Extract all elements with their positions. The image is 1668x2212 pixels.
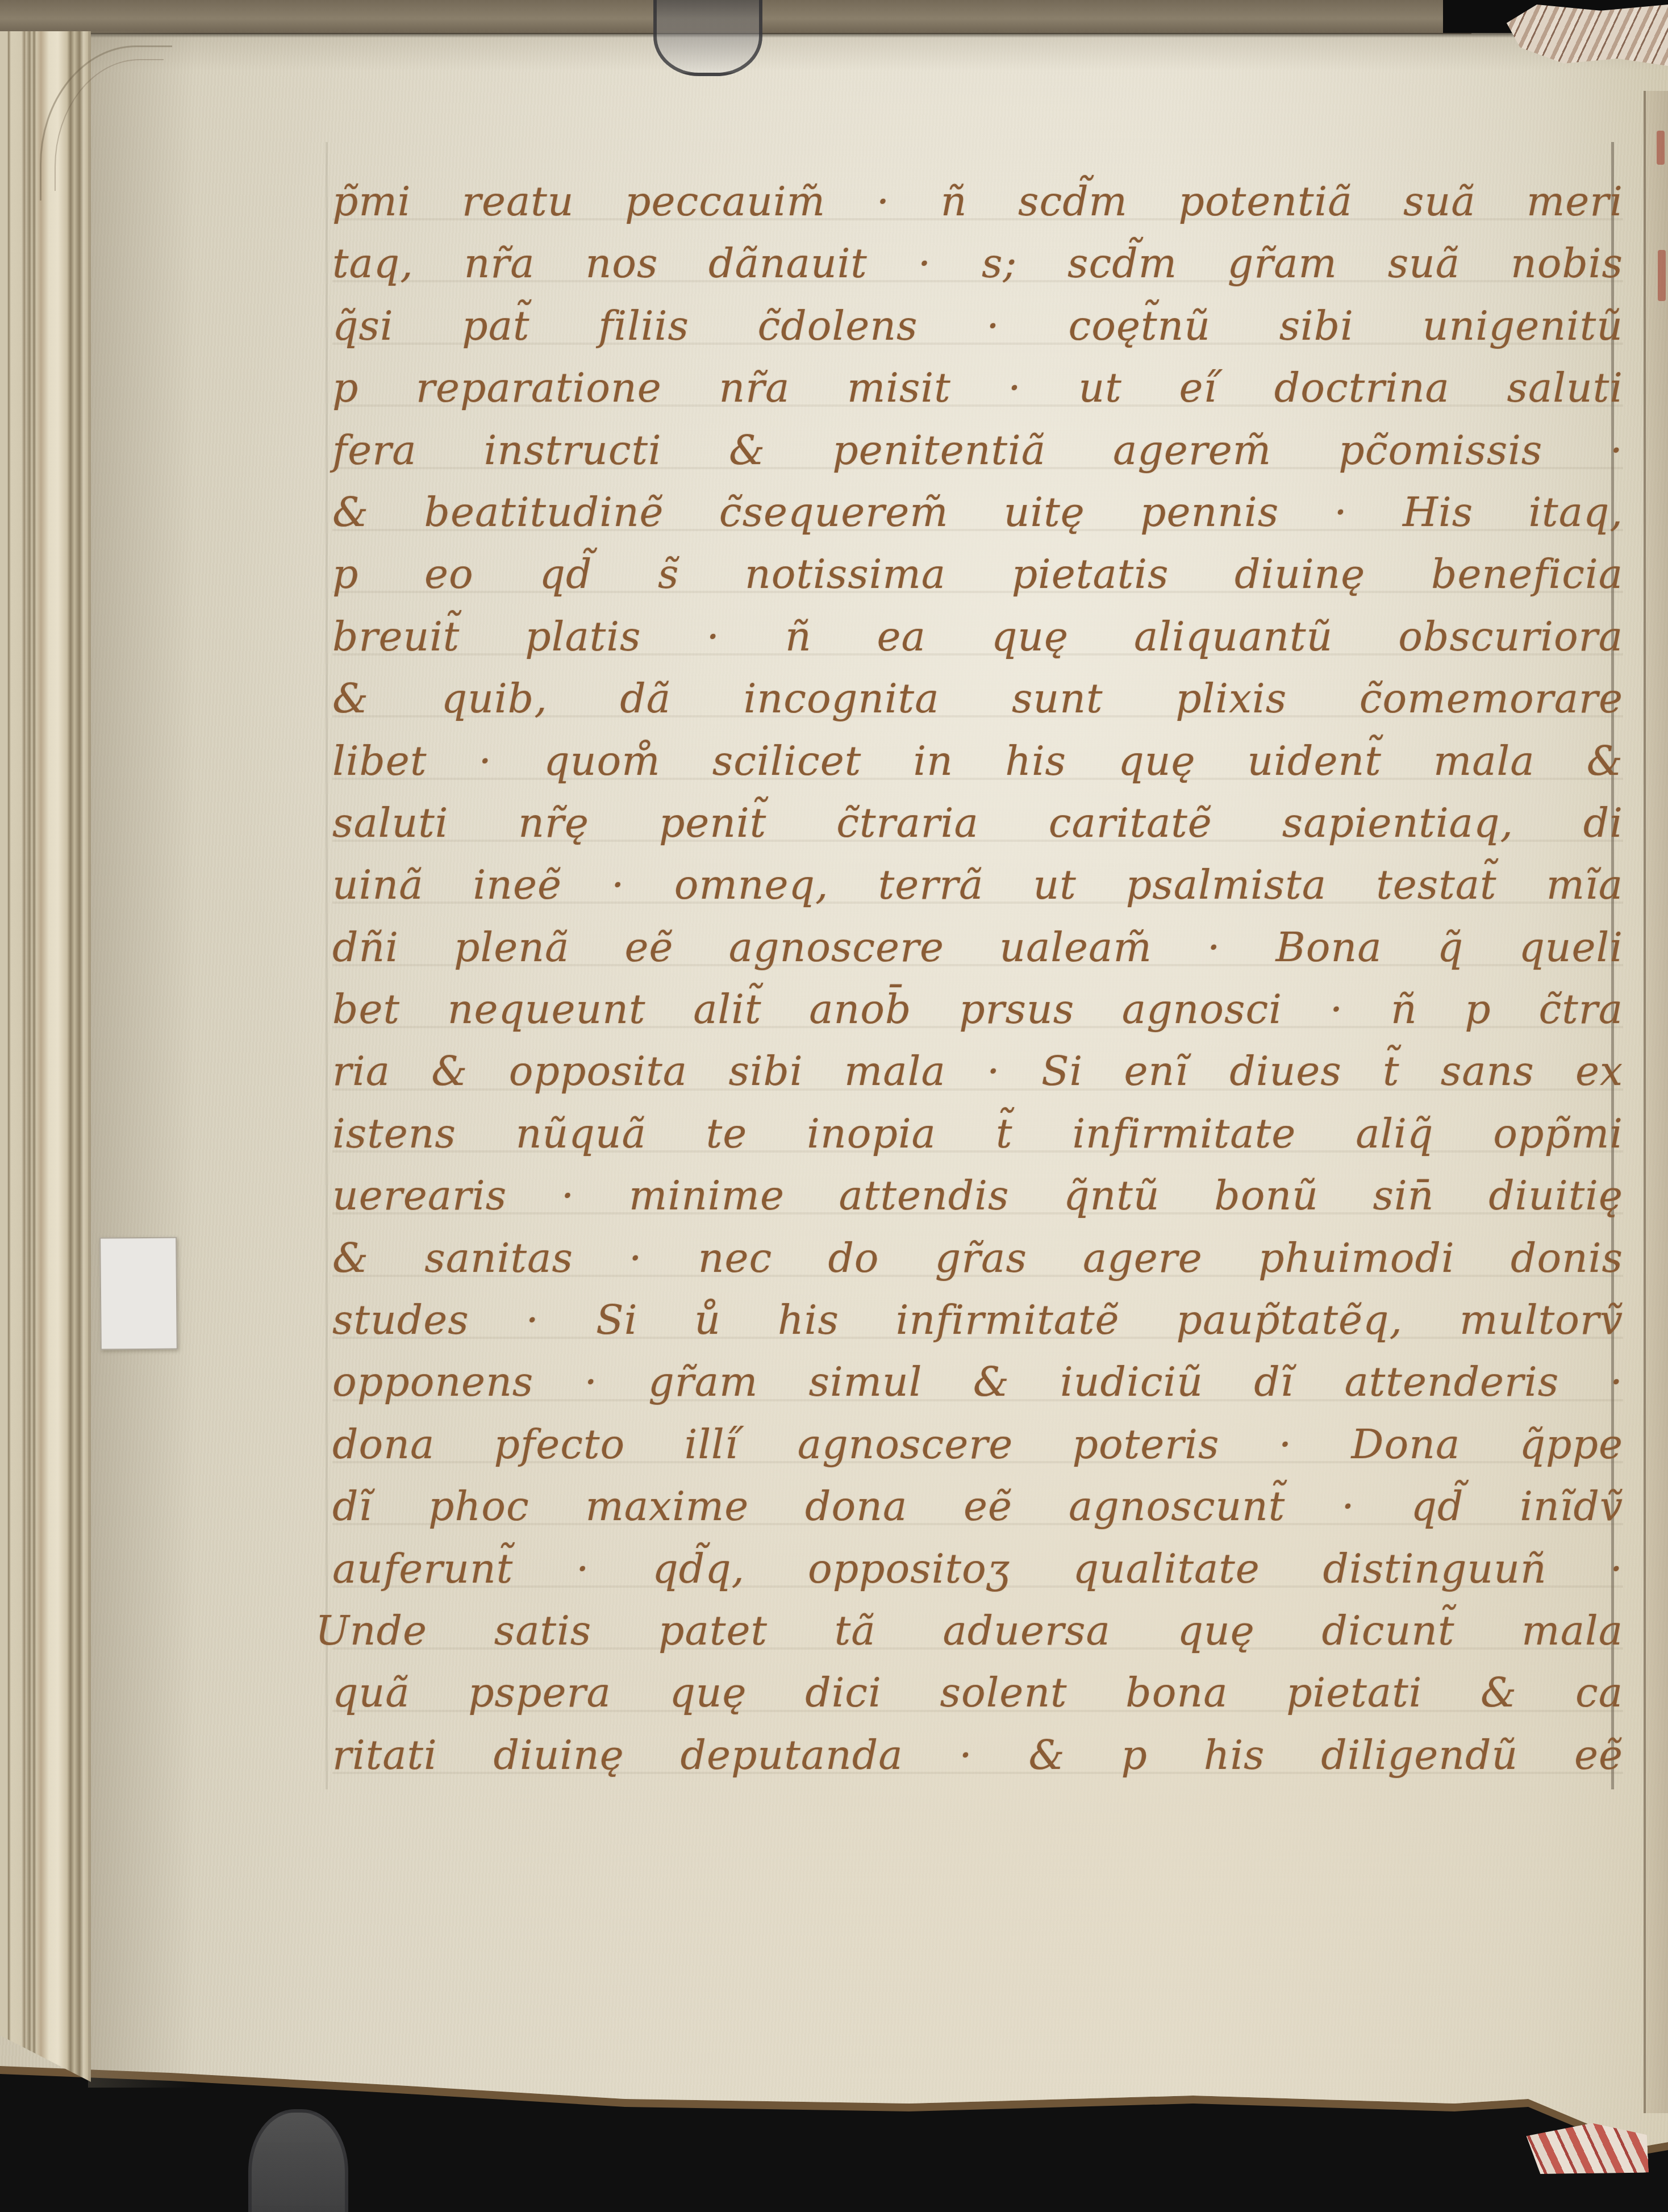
text-line: & beatitudinẽ c̃sequerem̃ uitę pennis · … bbox=[332, 481, 1623, 543]
ruling-line-left bbox=[326, 142, 328, 1789]
text-line: dĩ phoc maxime dona eẽ agnoscunt̃ · qd̃ … bbox=[332, 1475, 1623, 1537]
text-line: p eo qd̃ s̃ notissima pietatis diuinę be… bbox=[332, 543, 1623, 605]
text-line: & sanitas · nec do gr̃as agere phuimodi … bbox=[332, 1227, 1623, 1289]
transparent-page-clip-bottom bbox=[248, 2109, 348, 2212]
page-top-edge-line bbox=[0, 33, 1668, 37]
text-line: bet nequeunt alit̃ anob̄ prsus agnosci ·… bbox=[332, 978, 1623, 1040]
text-line: p reparatione nr̃a misit · ut ei̋ doctri… bbox=[332, 357, 1623, 419]
text-line: opponens · gr̃am simul & iudiciũ dĩ atte… bbox=[332, 1351, 1623, 1413]
text-line: ria & opposita sibi mala · Si enĩ diues … bbox=[332, 1040, 1623, 1102]
stacked-page-edges bbox=[0, 31, 91, 2099]
text-line: ritati diuinę deputanda · & p his dilige… bbox=[332, 1724, 1623, 1786]
red-edge-mark bbox=[1658, 250, 1666, 301]
transparent-page-clip-top bbox=[653, 0, 762, 76]
manuscript-photo: { "manuscript": { "description": "mediev… bbox=[0, 0, 1668, 2212]
white-bookmark-tab bbox=[99, 1237, 178, 1350]
text-line: uinã ineẽ · omneq, terrã ut psalmista te… bbox=[332, 854, 1623, 916]
text-line: & quib, dã incognita sunt plixis c̃omemo… bbox=[332, 667, 1623, 729]
text-line: Unde satis patet tã aduersa quę dicunt̃ … bbox=[315, 1600, 1623, 1662]
text-line: dona pfecto illi̋ agnoscere poteris · Do… bbox=[332, 1413, 1623, 1475]
text-line: quã pspera quę dici solent bona pietati … bbox=[332, 1662, 1623, 1723]
text-line: dñi plenã eẽ agnoscere ualeam̃ · Bona q̃… bbox=[332, 916, 1623, 978]
text-block: p̃mi reatu peccauim̃ · ñ scd̃m potentiã … bbox=[332, 170, 1623, 1786]
text-line: studes · Si ů his infirmitatẽ paup̃tatẽq… bbox=[332, 1289, 1623, 1351]
text-line: saluti nr̃ę penit̃ c̃traria caritatẽ sap… bbox=[332, 792, 1623, 854]
text-line: breuit̃ platis · ñ ea quę aliquantũ obsc… bbox=[332, 606, 1623, 667]
text-line: auferunt̃ · qd̃q, oppositoʒ qualitate di… bbox=[332, 1538, 1623, 1600]
text-line: q̃si pat̃ filiis c̃dolens · coęt̃nũ sibi… bbox=[332, 295, 1623, 357]
text-line: p̃mi reatu peccauim̃ · ñ scd̃m potentiã … bbox=[332, 170, 1623, 232]
text-line: uerearis · minime attendis q̃ntũ bonũ si… bbox=[332, 1165, 1623, 1226]
text-line: fera instructi & penitentiã agerem̃ pc̃o… bbox=[332, 419, 1623, 481]
text-line: istens nũquã te inopia t̃ infirmitate al… bbox=[332, 1103, 1623, 1165]
gutter-shadow bbox=[88, 31, 207, 2088]
text-line: libet · quom̊ scilicet in his quę uident… bbox=[332, 730, 1623, 792]
red-edge-mark bbox=[1657, 131, 1665, 165]
text-line: taq, nr̃a nos dãnauit · s; scd̃m gr̃am s… bbox=[332, 232, 1623, 294]
right-page-fold bbox=[1644, 91, 1668, 2113]
